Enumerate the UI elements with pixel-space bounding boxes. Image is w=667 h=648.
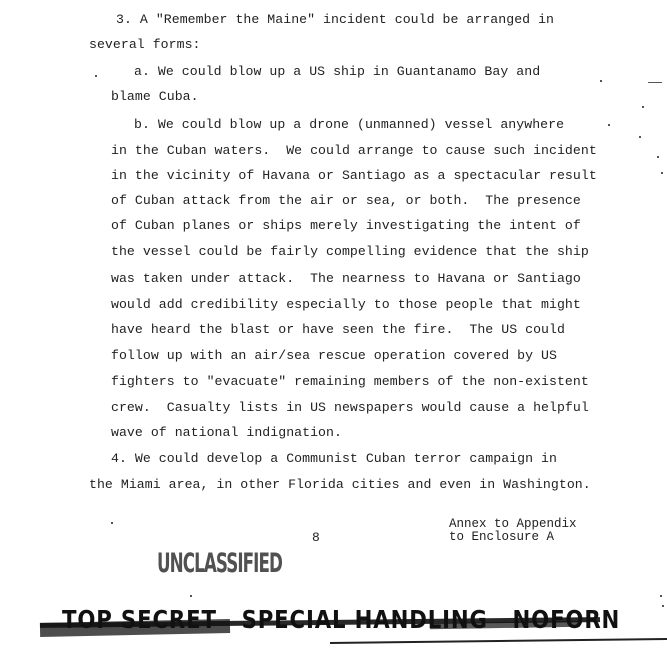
scan-speck: [600, 80, 602, 82]
scan-speck: [608, 124, 610, 126]
paragraph-3b-line-10: follow up with an air/sea rescue operati…: [111, 348, 557, 364]
paragraph-3b-line-9: have heard the blast or have seen the fi…: [111, 322, 565, 338]
paragraph-4-line-2: the Miami area, in other Florida cities …: [89, 477, 591, 493]
paragraph-3b-line-5: of Cuban planes or ships merely investig…: [111, 218, 581, 234]
scan-speck: [111, 522, 113, 524]
paragraph-3b-line-4: of Cuban attack from the air or sea, or …: [111, 193, 581, 209]
paragraph-3-line-2: several forms:: [89, 37, 201, 53]
scan-speck: [642, 106, 644, 108]
scan-speck: [662, 605, 664, 607]
scan-speck: [660, 595, 662, 597]
scan-speck: [190, 595, 192, 597]
annex-label-line-2: to Enclosure A: [449, 531, 554, 544]
paragraph-3b-line-6: the vessel could be fairly compelling ev…: [111, 244, 589, 260]
paragraph-3b-line-7: was taken under attack. The nearness to …: [111, 271, 581, 287]
unclassified-stamp: UNCLASSIFIED: [157, 548, 282, 579]
paragraph-3-line-1: 3. A "Remember the Maine" incident could…: [116, 12, 554, 28]
paragraph-3b-line-13: wave of national indignation.: [111, 425, 342, 441]
paragraph-3a-line-2: blame Cuba.: [111, 89, 199, 105]
scan-speck: [639, 136, 641, 138]
paragraph-4-line-1: 4. We could develop a Communist Cuban te…: [111, 451, 557, 467]
paragraph-3b-line-3: in the vicinity of Havana or Santiago as…: [111, 168, 597, 184]
paragraph-3b-line-8: would add credibility especially to thos…: [111, 297, 581, 313]
paragraph-3b-line-2: in the Cuban waters. We could arrange to…: [111, 143, 597, 159]
page-number: 8: [312, 530, 320, 545]
bottom-rule: [330, 638, 667, 644]
scan-speck: [657, 156, 659, 158]
paragraph-3a-line-1: a. We could blow up a US ship in Guantan…: [134, 64, 540, 80]
document-page: 3. A "Remember the Maine" incident could…: [0, 0, 667, 648]
scan-speck: [648, 82, 662, 83]
paragraph-3b-line-1: b. We could blow up a drone (unmanned) v…: [134, 117, 564, 133]
scan-speck: [95, 75, 97, 77]
paragraph-3b-line-12: crew. Casualty lists in US newspapers wo…: [111, 400, 589, 416]
paragraph-3b-line-11: fighters to "evacuate" remaining members…: [111, 374, 589, 390]
scan-speck: [661, 172, 663, 174]
banner-smear: [40, 619, 230, 637]
